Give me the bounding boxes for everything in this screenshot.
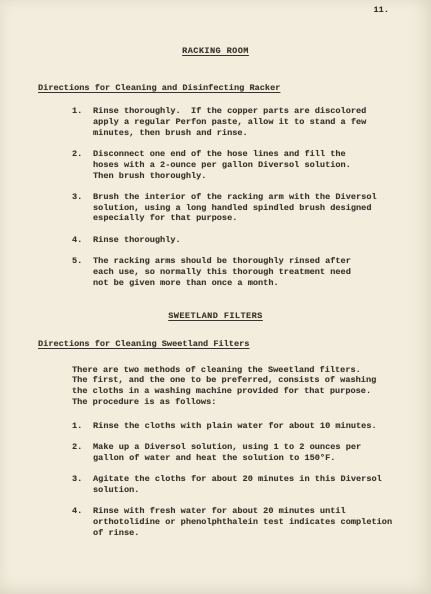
- racking-directions-list: 1. Rinse thoroughly. If the copper parts…: [72, 106, 401, 288]
- section-title-sweetland-filters: SWEETLAND FILTERS: [0, 311, 431, 322]
- list-item-number: 2.: [72, 149, 93, 181]
- list-item: 2. Make up a Diversol solution, using 1 …: [72, 442, 401, 463]
- list-item: 1. Rinse thoroughly. If the copper parts…: [72, 106, 401, 138]
- list-item-number: 3.: [72, 192, 93, 224]
- sweetland-intro-paragraph: There are two methods of cleaning the Sw…: [72, 365, 397, 408]
- list-item-text: Make up a Diversol solution, using 1 to …: [93, 442, 361, 463]
- list-item: 4. Rinse thoroughly.: [72, 235, 401, 246]
- list-item-text: Rinse thoroughly.: [93, 235, 181, 246]
- list-item-number: 5.: [72, 256, 93, 288]
- sweetland-directions-list: 1. Rinse the cloths with plain water for…: [72, 421, 401, 539]
- list-item-number: 2.: [72, 442, 93, 463]
- list-item-text: Rinse the cloths with plain water for ab…: [93, 421, 377, 432]
- list-item-text: The racking arms should be thoroughly ri…: [93, 256, 351, 288]
- list-item-text: Rinse thoroughly. If the copper parts ar…: [93, 106, 366, 138]
- list-item-text: Disconnect one end of the hose lines and…: [93, 149, 351, 181]
- list-item-number: 4.: [72, 506, 93, 538]
- list-item-number: 4.: [72, 235, 93, 246]
- list-item: 3. Brush the interior of the racking arm…: [72, 192, 401, 224]
- section-heading-sweetland: Directions for Cleaning Sweetland Filter…: [38, 339, 431, 350]
- list-item: 3. Agitate the cloths for about 20 minut…: [72, 474, 401, 495]
- list-item: 4. Rinse with fresh water for about 20 m…: [72, 506, 401, 538]
- list-item: 1. Rinse the cloths with plain water for…: [72, 421, 401, 432]
- document-page: 11. RACKING ROOM Directions for Cleaning…: [0, 0, 431, 594]
- list-item: 5. The racking arms should be thoroughly…: [72, 256, 401, 288]
- list-item: 2. Disconnect one end of the hose lines …: [72, 149, 401, 181]
- list-item-number: 1.: [72, 421, 93, 432]
- section-heading-racking: Directions for Cleaning and Disinfecting…: [38, 83, 431, 94]
- list-item-number: 3.: [72, 474, 93, 495]
- page-number: 11.: [374, 5, 389, 16]
- section-title-racking-room: RACKING ROOM: [0, 46, 431, 57]
- list-item-number: 1.: [72, 106, 93, 138]
- list-item-text: Brush the interior of the racking arm wi…: [93, 192, 377, 224]
- list-item-text: Rinse with fresh water for about 20 minu…: [93, 506, 392, 538]
- list-item-text: Agitate the cloths for about 20 minutes …: [93, 474, 382, 495]
